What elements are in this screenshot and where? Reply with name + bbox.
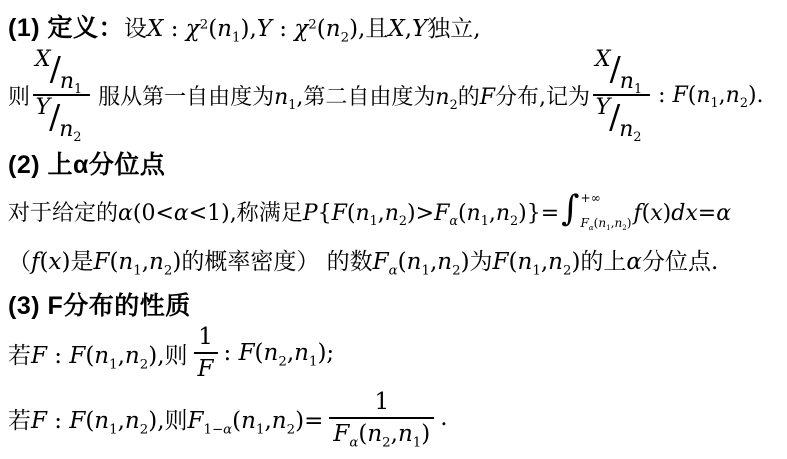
one-over-f-fraction: 1 F [194, 324, 218, 383]
property1-suffix: : F(n2,n1); [224, 340, 335, 366]
document: (1) 定义： 设X : χ2(n1),Y : χ2(n2),且X,Y独立, 则… [0, 0, 787, 459]
property1-line: 若F : F(n1,n2),则 1 F : F(n2,n1); [8, 324, 779, 382]
fraction-denominator: Fα(n2,n1) [329, 417, 434, 447]
section2-heading: (2) 上α分位点 [8, 145, 165, 181]
fraction-numerator: 1 [194, 324, 217, 352]
fraction-numerator: X/n1 [593, 49, 650, 96]
denominator-bottom: n2 [619, 117, 641, 142]
fraction-denominator: Y/n2 [34, 96, 90, 141]
property2-prefix: 若F : F(n1,n2),则F1−α(n1,n2)= [8, 402, 323, 435]
section3-heading-line: (3) F分布的性质 [8, 284, 779, 324]
quantile-definition-text: 对于给定的α(0<α<1),称满足P{F(n1,n2)>Fα(n1,n2)}=∫… [8, 191, 731, 227]
section2-heading-line: (2) 上α分位点 [8, 142, 779, 184]
fraction-denominator: F [194, 352, 218, 382]
section1-heading: (1) 定义： [8, 8, 124, 44]
density-note-text: （f(x)是F(n1,n2)的概率密度） 的数Fα(n1,n2)为F(n1,n2… [8, 243, 718, 276]
numerator-top: X [35, 47, 51, 72]
denominator-top: Y [36, 95, 51, 120]
section3-heading: (3) F分布的性质 [8, 286, 191, 322]
section1-middle-text: 服从第一自由度为n1,第二自由度为n2的F分布,记为 [98, 80, 590, 111]
numerator-bottom: n1 [620, 69, 642, 94]
f-ratio-fraction-2: X/n1 Y/n2 [593, 49, 650, 141]
fraction-numerator: 1 [370, 389, 393, 417]
f-ratio-fraction: X/n1 Y/n2 [33, 49, 90, 141]
denominator-bottom: n2 [59, 117, 81, 142]
denominator-top: Y [596, 95, 611, 120]
quantile-definition-line: 对于给定的α(0<α<1),称满足P{F(n1,n2)>Fα(n1,n2)}=∫… [8, 184, 779, 234]
property1-prefix: 若F : F(n1,n2),则 [8, 337, 188, 370]
numerator-top: X [595, 47, 611, 72]
property2-line: 若F : F(n1,n2),则F1−α(n1,n2)= 1 Fα(n2,n1) … [8, 382, 779, 454]
section1-definition-text: 设X : χ2(n1),Y : χ2(n2),且X,Y独立, [124, 10, 481, 43]
then-label: 则 [8, 80, 30, 111]
numerator-bottom: n1 [60, 69, 82, 94]
reciprocal-quantile-fraction: 1 Fα(n2,n1) [329, 389, 434, 448]
property2-suffix: . [440, 405, 447, 431]
density-note-line: （f(x)是F(n1,n2)的概率密度） 的数Fα(n1,n2)为F(n1,n2… [8, 234, 779, 284]
fraction-numerator: X/n1 [33, 49, 90, 96]
section1-formula-line: 则 X/n1 Y/n2 服从第一自由度为n1,第二自由度为n2的F分布,记为 X… [8, 48, 779, 142]
section1-notation-text: : F(n1,n2). [658, 83, 763, 108]
section1-heading-line: (1) 定义： 设X : χ2(n1),Y : χ2(n2),且X,Y独立, [8, 4, 779, 48]
fraction-denominator: Y/n2 [594, 96, 650, 141]
